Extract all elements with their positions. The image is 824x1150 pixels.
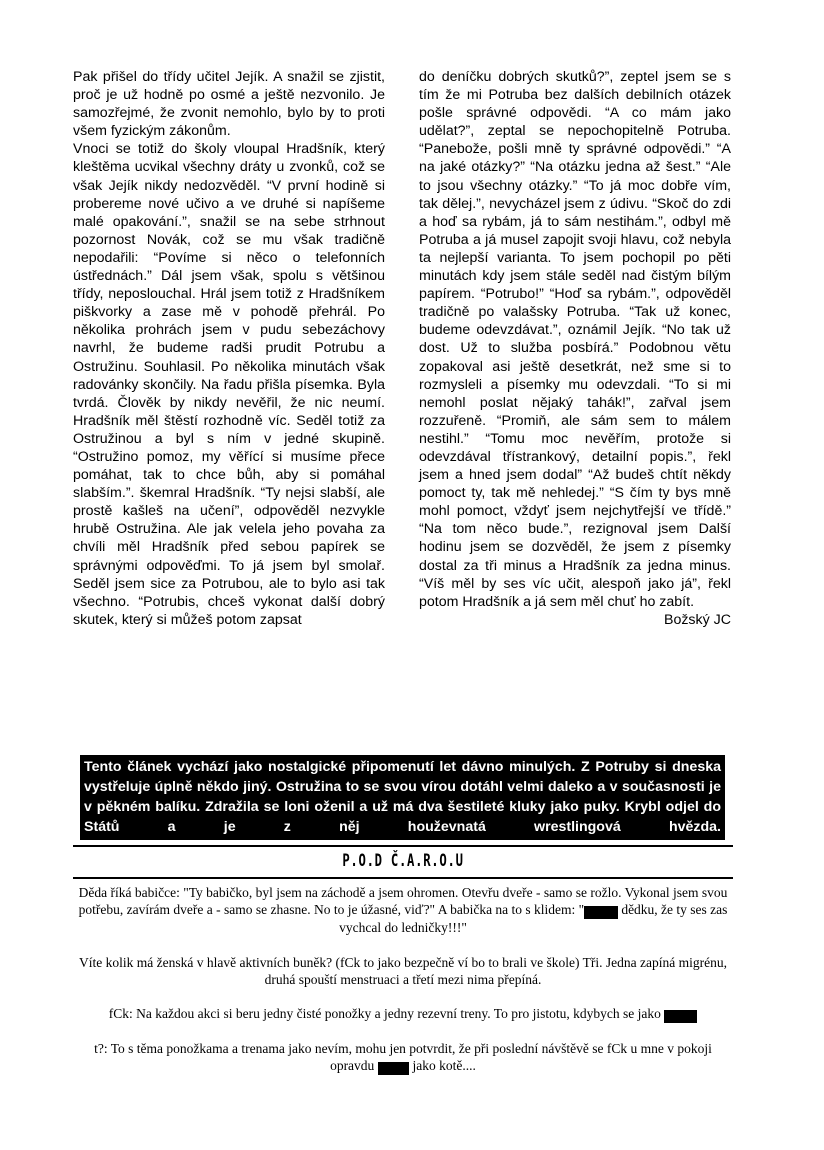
jokes-list: Děda říká babičce: "Ty babičko, byl jsem… (73, 884, 733, 1092)
redaction-bar: posral (664, 1010, 697, 1023)
joke-text: fCk: Na každou akci si beru jedny čisté … (109, 1006, 664, 1021)
article-paragraph: Pak přišel do třídy učitel Jejík. A snaž… (73, 68, 385, 140)
joke-item: t?: To s těma ponožkama a trenama jako n… (73, 1040, 733, 1075)
article-right-column: do deníčku dobrých skutků?”, zeptel jsem… (419, 68, 731, 629)
joke-item: Děda říká babičce: "Ty babičko, byl jsem… (73, 884, 733, 937)
section-title: P.O.D Č.A.R.O.U (165, 851, 640, 871)
joke-item: fCk: Na každou akci si beru jedny čisté … (73, 1005, 733, 1023)
joke-item: Víte kolik má ženská v hlavě aktivních b… (73, 954, 733, 989)
article-paragraph: do deníčku dobrých skutků?”, zeptel jsem… (419, 68, 731, 611)
article-columns: Pak přišel do třídy učitel Jejík. A snaž… (73, 68, 731, 629)
article-left-column: Pak přišel do třídy učitel Jejík. A snaž… (73, 68, 385, 629)
joke-text: jako kotě.... (409, 1058, 476, 1073)
article-signature: Božský JC (419, 611, 731, 629)
divider-bottom (73, 877, 733, 879)
article-paragraph: Vnoci se totiž do školy vloupal Hradšník… (73, 140, 385, 629)
editorial-note-box: Tento článek vychází jako nostalgické př… (80, 755, 725, 840)
divider-top (73, 845, 733, 847)
redaction-bar: Kurva (584, 906, 618, 919)
redaction-bar: zesral (378, 1062, 409, 1075)
joke-text: Víte kolik má ženská v hlavě aktivních b… (79, 955, 727, 987)
document-page: Pak přišel do třídy učitel Jejík. A snaž… (0, 0, 824, 1150)
section-header: P.O.D Č.A.R.O.U (73, 845, 733, 879)
